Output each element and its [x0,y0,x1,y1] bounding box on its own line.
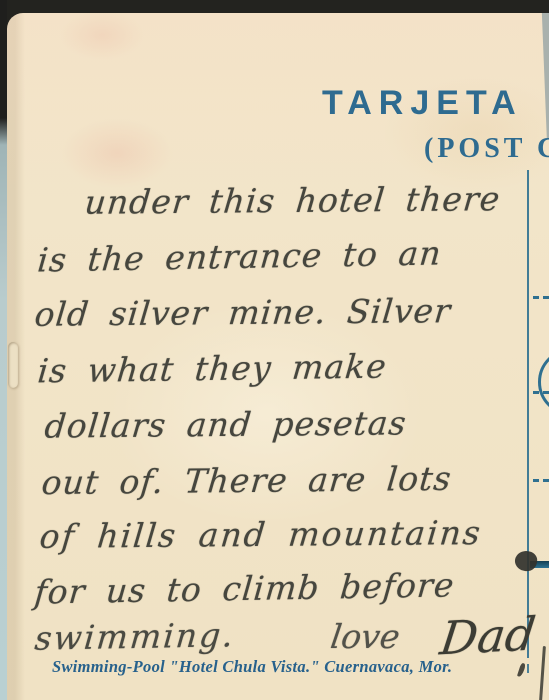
handwriting-closing-word: swimming. [33,615,237,657]
address-divider-line [527,170,529,658]
scan-border-left [0,0,7,700]
signature: Dad [438,607,539,666]
photo-caption: Swimming-Pool "Hotel Chula Vista." Cuern… [52,657,452,677]
handwriting-line: under this hotel there [83,179,502,222]
address-dash-line [533,479,549,482]
valediction: love [328,617,402,656]
address-dash-line [533,296,549,299]
pen-stroke-mark [539,646,546,700]
printed-subtitle: (POST C [424,133,549,165]
postcard-back: TARJETA (POST C under this hotel there i… [7,13,549,700]
handwriting-line: out of. There are lots [40,459,454,502]
handwriting-line: is the entrance to an [36,233,443,279]
ink-blot [513,549,539,573]
postcard-photo: TARJETA (POST C under this hotel there i… [0,0,549,700]
handwriting-line: of hills and mountains [38,513,484,556]
handwriting-line: dollars and pesetas [43,403,409,445]
staple-mark [8,342,18,388]
handwriting-line: for us to climb before [33,565,456,611]
handwriting-line: is what they make [36,347,389,391]
ink-comma-mark [517,663,526,678]
address-divider-line-end [527,664,529,673]
handwriting-line: old silver mine. Silver [33,291,453,334]
printed-title: TARJETA [322,84,523,123]
stamp-circle-arc [538,348,549,416]
